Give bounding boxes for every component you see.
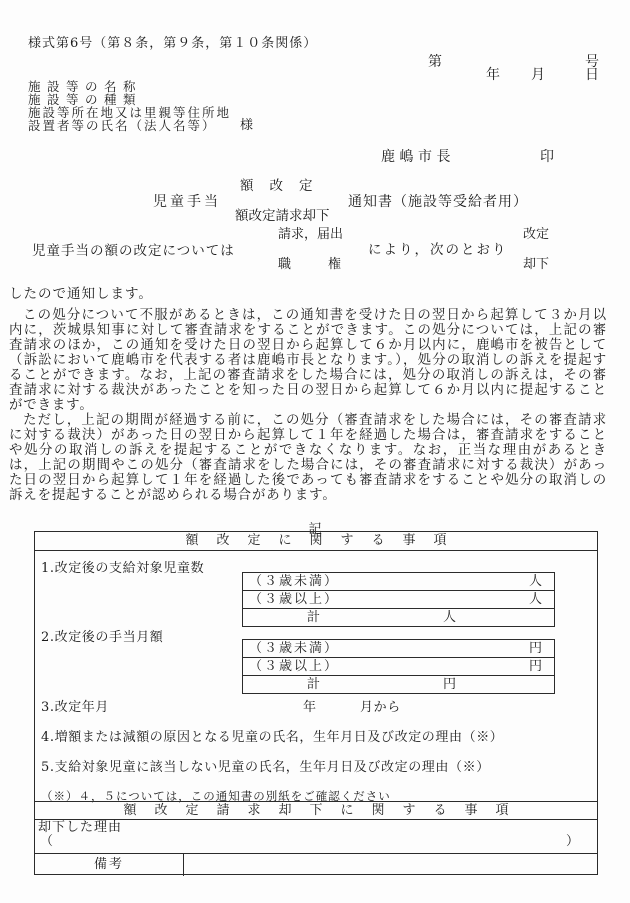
item5-label: 5.支給対象児童に該当しない児童の氏名，生年月日及び改定の理由（※） <box>41 756 490 775</box>
rejection-reason-row: 却下した理由 （ ） <box>35 820 597 853</box>
doc-number-prefix: 第 <box>428 54 442 70</box>
honorific-sama: 様 <box>240 119 253 134</box>
item3-from-label: 月から <box>360 696 401 715</box>
notice-table: 額改定に関する事項 1.改定後の支給対象児童数 （３歳未満） 人 （３歳以上） … <box>34 531 598 875</box>
item4-label: 4.増額または減額の原因となる児童の氏名，生年月日及び改定の理由（※） <box>41 726 503 745</box>
count-over3-unit: 人 <box>529 591 542 608</box>
item3-label: 3.改定年月 <box>41 696 109 715</box>
amount-row-under3: （３歳未満） 円 <box>243 640 554 658</box>
date-year-label: 年 <box>486 67 500 83</box>
item2-label: 2.改定後の手当月額 <box>41 626 163 645</box>
count-under3-label: （３歳未満） <box>249 573 339 590</box>
issuer-mayor: 鹿嶋市長 <box>381 149 455 165</box>
remarks-label: 備考 <box>35 854 184 876</box>
amount-total-unit: 円 <box>443 676 456 693</box>
founder-name-label: 設置者等の氏名（法人名等） <box>28 119 217 133</box>
count-over3-label: （３歳以上） <box>249 591 339 608</box>
form-number: 様式第6号（第８条，第９条，第１０条関係） <box>28 37 317 52</box>
monthly-amount-box: （３歳未満） 円 （３歳以上） 円 計 円 <box>242 639 555 694</box>
rejection-reason-paren-open: （ <box>40 835 53 850</box>
amount-under3-label: （３歳未満） <box>249 640 339 657</box>
item3-year-label: 年 <box>303 696 317 715</box>
lead-opening: 児童手当の額の改定については <box>32 244 235 260</box>
count-row-over3: （３歳以上） 人 <box>243 591 554 609</box>
appeal-notice-paragraph-1: この処分について不服があるときは，この通知書を受けた日の翌日から起算して３か月以… <box>9 308 607 413</box>
count-total-unit: 人 <box>443 609 456 626</box>
remarks-value <box>184 854 597 876</box>
revision-section-header: 額改定に関する事項 <box>35 532 597 551</box>
seal-mark: 印 <box>540 149 554 165</box>
remarks-row: 備考 <box>35 853 597 876</box>
lead-closing: したので通知します。 <box>9 287 153 303</box>
title-child-allowance: 児童手当 <box>153 194 221 210</box>
count-under3-unit: 人 <box>529 573 542 590</box>
lead-result-revised: 改定 <box>523 228 549 243</box>
title-option-rejection: 額改定請求却下 <box>235 209 330 225</box>
amount-row-total: 計 円 <box>243 676 554 693</box>
amount-row-over3: （３歳以上） 円 <box>243 658 554 676</box>
date-day-label: 日 <box>585 67 599 83</box>
notice-document: 様式第6号（第８条，第９条，第１０条関係） 第 号 年 月 日 施設等の名称 施… <box>0 0 630 903</box>
amount-over3-label: （３歳以上） <box>249 658 339 675</box>
rejection-section-header: 額改定請求却下に関する事項 <box>35 801 597 820</box>
appeal-notice: この処分について不服があるときは，この通知書を受けた日の翌日から起算して３か月以… <box>9 308 607 503</box>
lead-middle: により，次のとおり <box>368 243 508 259</box>
rejection-reason-paren-close: ） <box>566 835 579 850</box>
count-total-label: 計 <box>307 609 320 626</box>
amount-over3-unit: 円 <box>529 658 542 675</box>
title-notice-suffix: 通知書（施設等受給者用） <box>348 194 528 210</box>
lead-result-rejected: 却下 <box>523 258 549 273</box>
child-count-box: （３歳未満） 人 （３歳以上） 人 計 人 <box>242 572 555 627</box>
lead-method-authority: 職権 <box>278 258 378 273</box>
lead-method-request: 請求，届出 <box>278 228 343 243</box>
appeal-notice-paragraph-2: ただし，上記の期間が経過する前に，この処分（審査請求をした場合には，その審査請求… <box>9 413 607 503</box>
count-row-under3: （３歳未満） 人 <box>243 573 554 591</box>
item1-label: 1.改定後の支給対象児童数 <box>41 557 204 576</box>
date-month-label: 月 <box>531 67 545 83</box>
amount-under3-unit: 円 <box>529 640 542 657</box>
title-option-revision: 額改定 <box>240 179 329 195</box>
count-row-total: 計 人 <box>243 609 554 626</box>
amount-total-label: 計 <box>307 676 320 693</box>
